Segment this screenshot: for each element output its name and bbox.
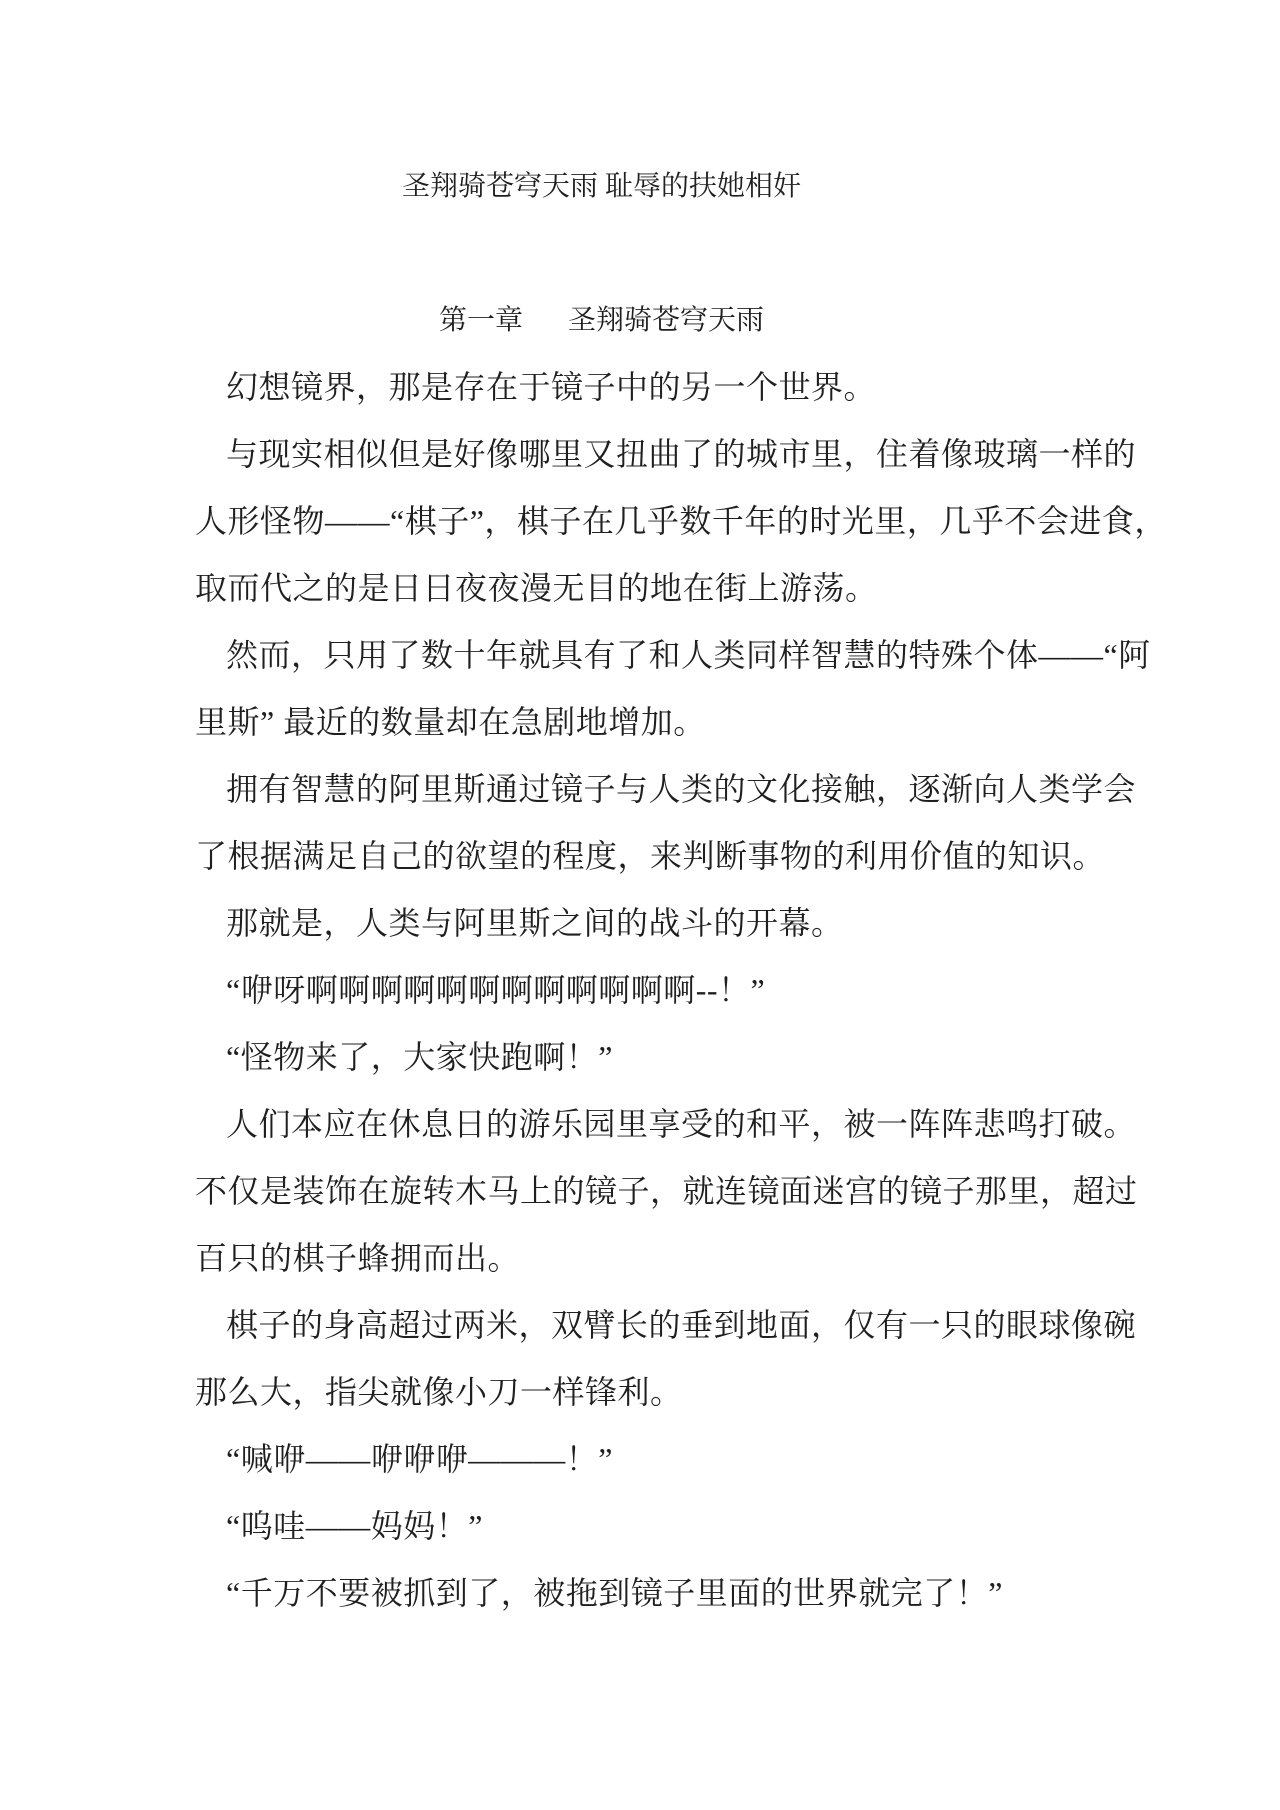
paragraph: “喊咿——咿咿咿———！” <box>195 1426 1168 1493</box>
paragraph: “怪物来了，大家快跑啊！” <box>195 1024 1168 1091</box>
paragraph: “呜哇——妈妈！” <box>195 1493 1168 1560</box>
paragraph: “咿呀啊啊啊啊啊啊啊啊啊啊啊啊--！” <box>195 957 1168 1024</box>
chapter-title: 圣翔骑苍穹天雨 <box>568 305 764 336</box>
paragraph: 与现实相似但是好像哪里又扭曲了的城市里，住着像玻璃一样的人形怪物——“棋子”，棋… <box>195 421 1168 622</box>
document-title: 圣翔骑苍穹天雨 耻辱的扶她相奸 <box>195 153 1168 220</box>
paragraph: “千万不要被抓到了，被拖到镜子里面的世界就完了！” <box>195 1560 1168 1627</box>
paragraph: 人们本应在休息日的游乐园里享受的和平，被一阵阵悲鸣打破。不仅是装饰在旋转木马上的… <box>195 1091 1168 1292</box>
body-text: 幻想镜界，那是存在于镜子中的另一个世界。 与现实相似但是好像哪里又扭曲了的城市里… <box>195 354 1168 1627</box>
chapter-number: 第一章 <box>439 305 523 336</box>
chapter-heading: 第一章圣翔骑苍穹天雨 <box>195 287 1168 354</box>
paragraph: 那就是，人类与阿里斯之间的战斗的开幕。 <box>195 890 1168 957</box>
paragraph: 拥有智慧的阿里斯通过镜子与人类的文化接触，逐渐向人类学会了根据满足自己的欲望的程… <box>195 756 1168 890</box>
document-page: 圣翔骑苍穹天雨 耻辱的扶她相奸 第一章圣翔骑苍穹天雨 幻想镜界，那是存在于镜子中… <box>0 0 1280 1810</box>
paragraph: 棋子的身高超过两米，双臂长的垂到地面，仅有一只的眼球像碗那么大，指尖就像小刀一样… <box>195 1292 1168 1426</box>
paragraph: 然而，只用了数十年就具有了和人类同样智慧的特殊个体——“阿里斯” 最近的数量却在… <box>195 622 1168 756</box>
paragraph: 幻想镜界，那是存在于镜子中的另一个世界。 <box>195 354 1168 421</box>
